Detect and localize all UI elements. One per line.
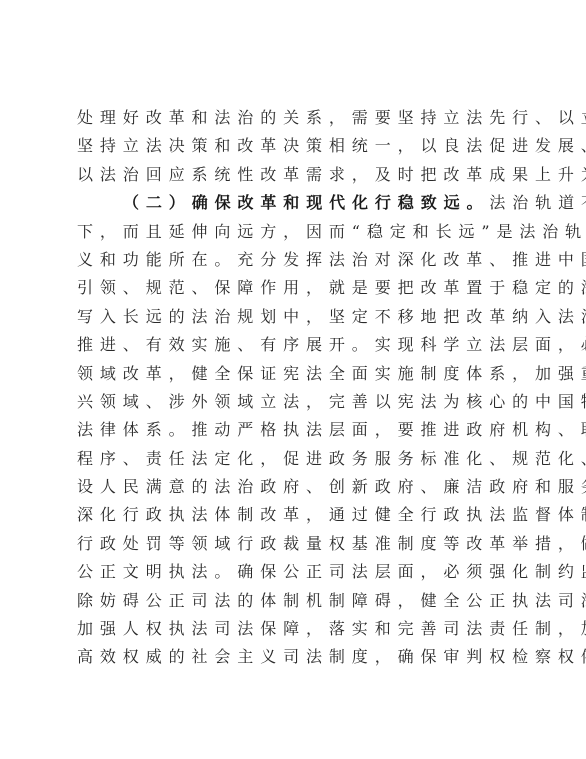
text-line-4-body: 法治轨道不仅支撑起脚 xyxy=(489,193,586,212)
text-line-17: 公正文明执法。确保公正司法层面，必须强化制约监督，着力破 xyxy=(77,558,517,586)
text-line-1: 处理好改革和法治的关系，需要坚持立法先行、以立法引领改革， xyxy=(77,104,517,132)
text-line-13: 程序、责任法定化，促进政务服务标准化、规范化、便利化，建 xyxy=(77,445,517,473)
text-line-11: 兴领域、涉外领域立法，完善以宪法为核心的中国特色社会主义 xyxy=(77,388,517,416)
text-line-12: 法律体系。推动严格执法层面，要推进政府机构、职能、权限、 xyxy=(77,416,517,444)
text-line-3: 以法治回应系统性改革需求，及时把改革成果上升为法律制度。 xyxy=(77,161,517,189)
text-line-4: （二）确保改革和现代化行稳致远。法治轨道不仅支撑起脚 xyxy=(77,189,517,217)
body-text: 处理好改革和法治的关系，需要坚持立法先行、以立法引领改革， 坚持立法决策和改革决… xyxy=(77,104,517,672)
section-heading: （二）确保改革和现代化行稳致远。 xyxy=(123,193,489,212)
text-line-6: 义和功能所在。充分发挥法治对深化改革、推进中国式现代化的 xyxy=(77,246,517,274)
text-line-9: 推进、有效实施、有序展开。实现科学立法层面，必须深化立法 xyxy=(77,331,517,359)
text-line-14: 设人民满意的法治政府、创新政府、廉洁政府和服务型政府；要 xyxy=(77,473,517,501)
text-line-16: 行政处罚等领域行政裁量权基准制度等改革举措，做到严格规范 xyxy=(77,530,517,558)
text-line-19: 加强人权执法司法保障，落实和完善司法责任制，加快建设公正 xyxy=(77,615,517,643)
text-line-20: 高效权威的社会主义司法制度，确保审判权检察权依法独立公正 xyxy=(77,643,517,671)
text-line-10: 领域改革，健全保证宪法全面实施制度体系，加强重点领域、新 xyxy=(77,360,517,388)
text-line-8: 写入长远的法治规划中，坚定不移地把改革纳入法治轨道并有力 xyxy=(77,303,517,331)
text-line-7: 引领、规范、保障作用，就是要把改革置于稳定的法治秩序中、 xyxy=(77,274,517,302)
text-line-5: 下，而且延伸向远方，因而“稳定和长远”是法治轨道的应有之 xyxy=(77,218,517,246)
text-line-15: 深化行政执法体制改革，通过健全行政执法监督体制机制、完善 xyxy=(77,501,517,529)
text-line-2: 坚持立法决策和改革决策相统一，以良法促进发展、保障善治， xyxy=(77,132,517,160)
text-line-18: 除妨碍公正司法的体制机制障碍，健全公正执法司法体制机制， xyxy=(77,587,517,615)
document-page: 处理好改革和法治的关系，需要坚持立法先行、以立法引领改革， 坚持立法决策和改革决… xyxy=(0,0,586,759)
